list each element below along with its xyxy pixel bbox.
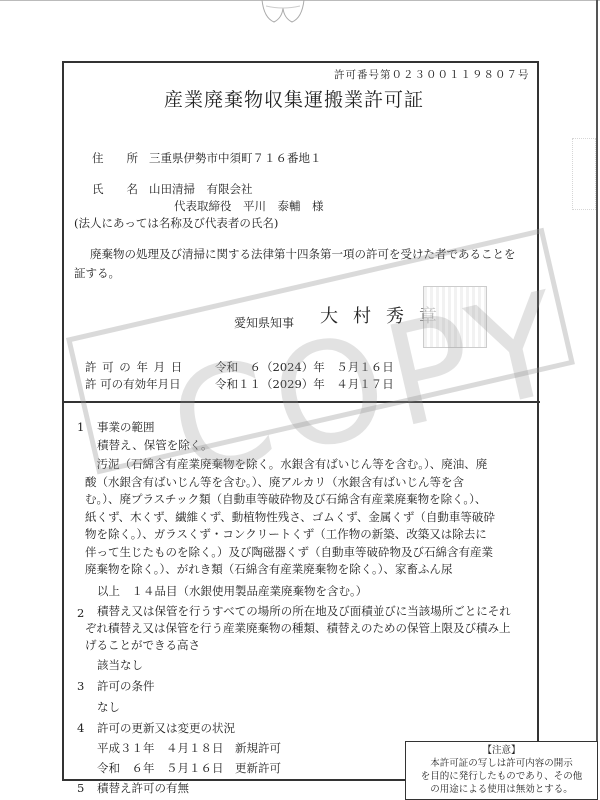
section-1-number: 1 xyxy=(77,420,84,434)
permit-date-value: 令和 ６（2024）年 ５月１６日 xyxy=(215,360,394,374)
stamp-mark-icon xyxy=(258,0,308,26)
section-2-heading-line: ぞれ積替え又は保管を行う産業廃棄物の種類、積替えのための保管上限及び積み上 xyxy=(85,620,511,638)
address-label: 住 所 xyxy=(92,151,138,165)
section-1-line: 積替え、保管を除く。 xyxy=(97,437,212,455)
section-5-number: 5 xyxy=(77,781,84,795)
page-edge xyxy=(596,0,598,800)
issuer-title: 愛知県知事 xyxy=(234,316,294,330)
section-1-heading: 事業の範囲 xyxy=(97,420,155,434)
notice-title: 【注意】 xyxy=(406,744,597,757)
notice-line: の用途による使用は無効とする。 xyxy=(406,783,597,796)
section-1-line: 伴って生じたものを除く。）及び陶磁器くず（自動車等破砕物及び石綿含有産業 xyxy=(85,544,493,562)
notice-box: 【注意】 本許可証の写しは許可内容の開示 を目的に発行したものであり、その他 の… xyxy=(405,741,598,800)
expiry-date-value: 令和１１（2029）年 ４月１７日 xyxy=(215,377,394,391)
section-3-number: 3 xyxy=(77,679,84,693)
representative-name: 代表取締役 平川 泰輔 様 xyxy=(174,199,324,213)
section-1-line: 廃棄物を除く。）、がれき類（石綿含有産業廃棄物を除く。）、家畜ふん尿 xyxy=(85,561,453,579)
side-stamp-mark xyxy=(572,138,596,210)
section-1-line: 物を除く。）、ガラスくず・コンクリートくず（工作物の新築、改築又は除去に xyxy=(85,526,487,544)
section-2-value: 該当なし xyxy=(97,658,143,672)
section-1-summary: 以上 １４品目（水銀使用製品産業廃棄物を含む。） xyxy=(97,583,367,601)
certification-line-2: 証する。 xyxy=(74,266,120,280)
permit-number: 許可番号第０２３００１１９８０７号 xyxy=(334,68,530,82)
certification-line-1: 廃棄物の処理及び清掃に関する法律第十四条第一項の許可を受けた者であることを xyxy=(90,247,516,261)
notice-line: 本許可証の写しは許可内容の開示 xyxy=(406,757,597,770)
section-2-heading-line: 積替え又は保管を行うすべての場所の所在地及び面積並びに当該場所ごとにそれ xyxy=(97,603,511,621)
company-name: 山田清掃 有限会社 xyxy=(149,182,253,196)
section-4-heading: 許可の更新又は変更の状況 xyxy=(97,721,235,735)
permit-date-label: 許 可 の 年 月 日 xyxy=(85,360,183,374)
section-1-line: 酸（水銀含有ばいじん等を含む。）、廃アルカリ（水銀含有ばいじん等を含 xyxy=(85,474,464,492)
official-seal xyxy=(423,286,487,348)
name-note: (法人にあっては名称及び代表者の氏名) xyxy=(74,216,278,230)
section-3-value: なし xyxy=(97,700,120,714)
section-1-line: む。）、廃プラスチック類（自動車等破砕物及び石綿含有産業廃棄物を除く。）、 xyxy=(85,491,486,509)
section-5-heading: 積替え許可の有無 xyxy=(97,781,189,795)
section-1-line: 紙くず、木くず、繊維くず、動植物性残さ、ゴムくず、金属くず（自動車等破砕 xyxy=(85,509,495,527)
notice-line: を目的に発行したものであり、その他 xyxy=(406,770,597,783)
expiry-date-label: 許 可の有効年月日 xyxy=(85,377,181,391)
history-entry: 令和 ６年 ５月１６日 更新許可 xyxy=(97,761,281,775)
address-value: 三重県伊勢市中須町７１６番地１ xyxy=(149,151,322,165)
history-entry: 平成３１年 ４月１８日 新規許可 xyxy=(97,741,281,755)
certificate-title: 産業廃棄物収集運搬業許可証 xyxy=(164,89,424,111)
section-divider xyxy=(62,401,540,403)
section-2-heading-line: げることができる高さ xyxy=(85,637,200,655)
section-1-line: 汚泥（石綿含有産業廃棄物を除く。水銀含有ばいじん等を含む。）、廃油、廃 xyxy=(85,456,487,474)
section-3-heading: 許可の条件 xyxy=(97,679,155,693)
section-4-number: 4 xyxy=(77,721,84,735)
name-label: 氏 名 xyxy=(92,182,138,196)
section-2-number: 2 xyxy=(77,606,84,620)
